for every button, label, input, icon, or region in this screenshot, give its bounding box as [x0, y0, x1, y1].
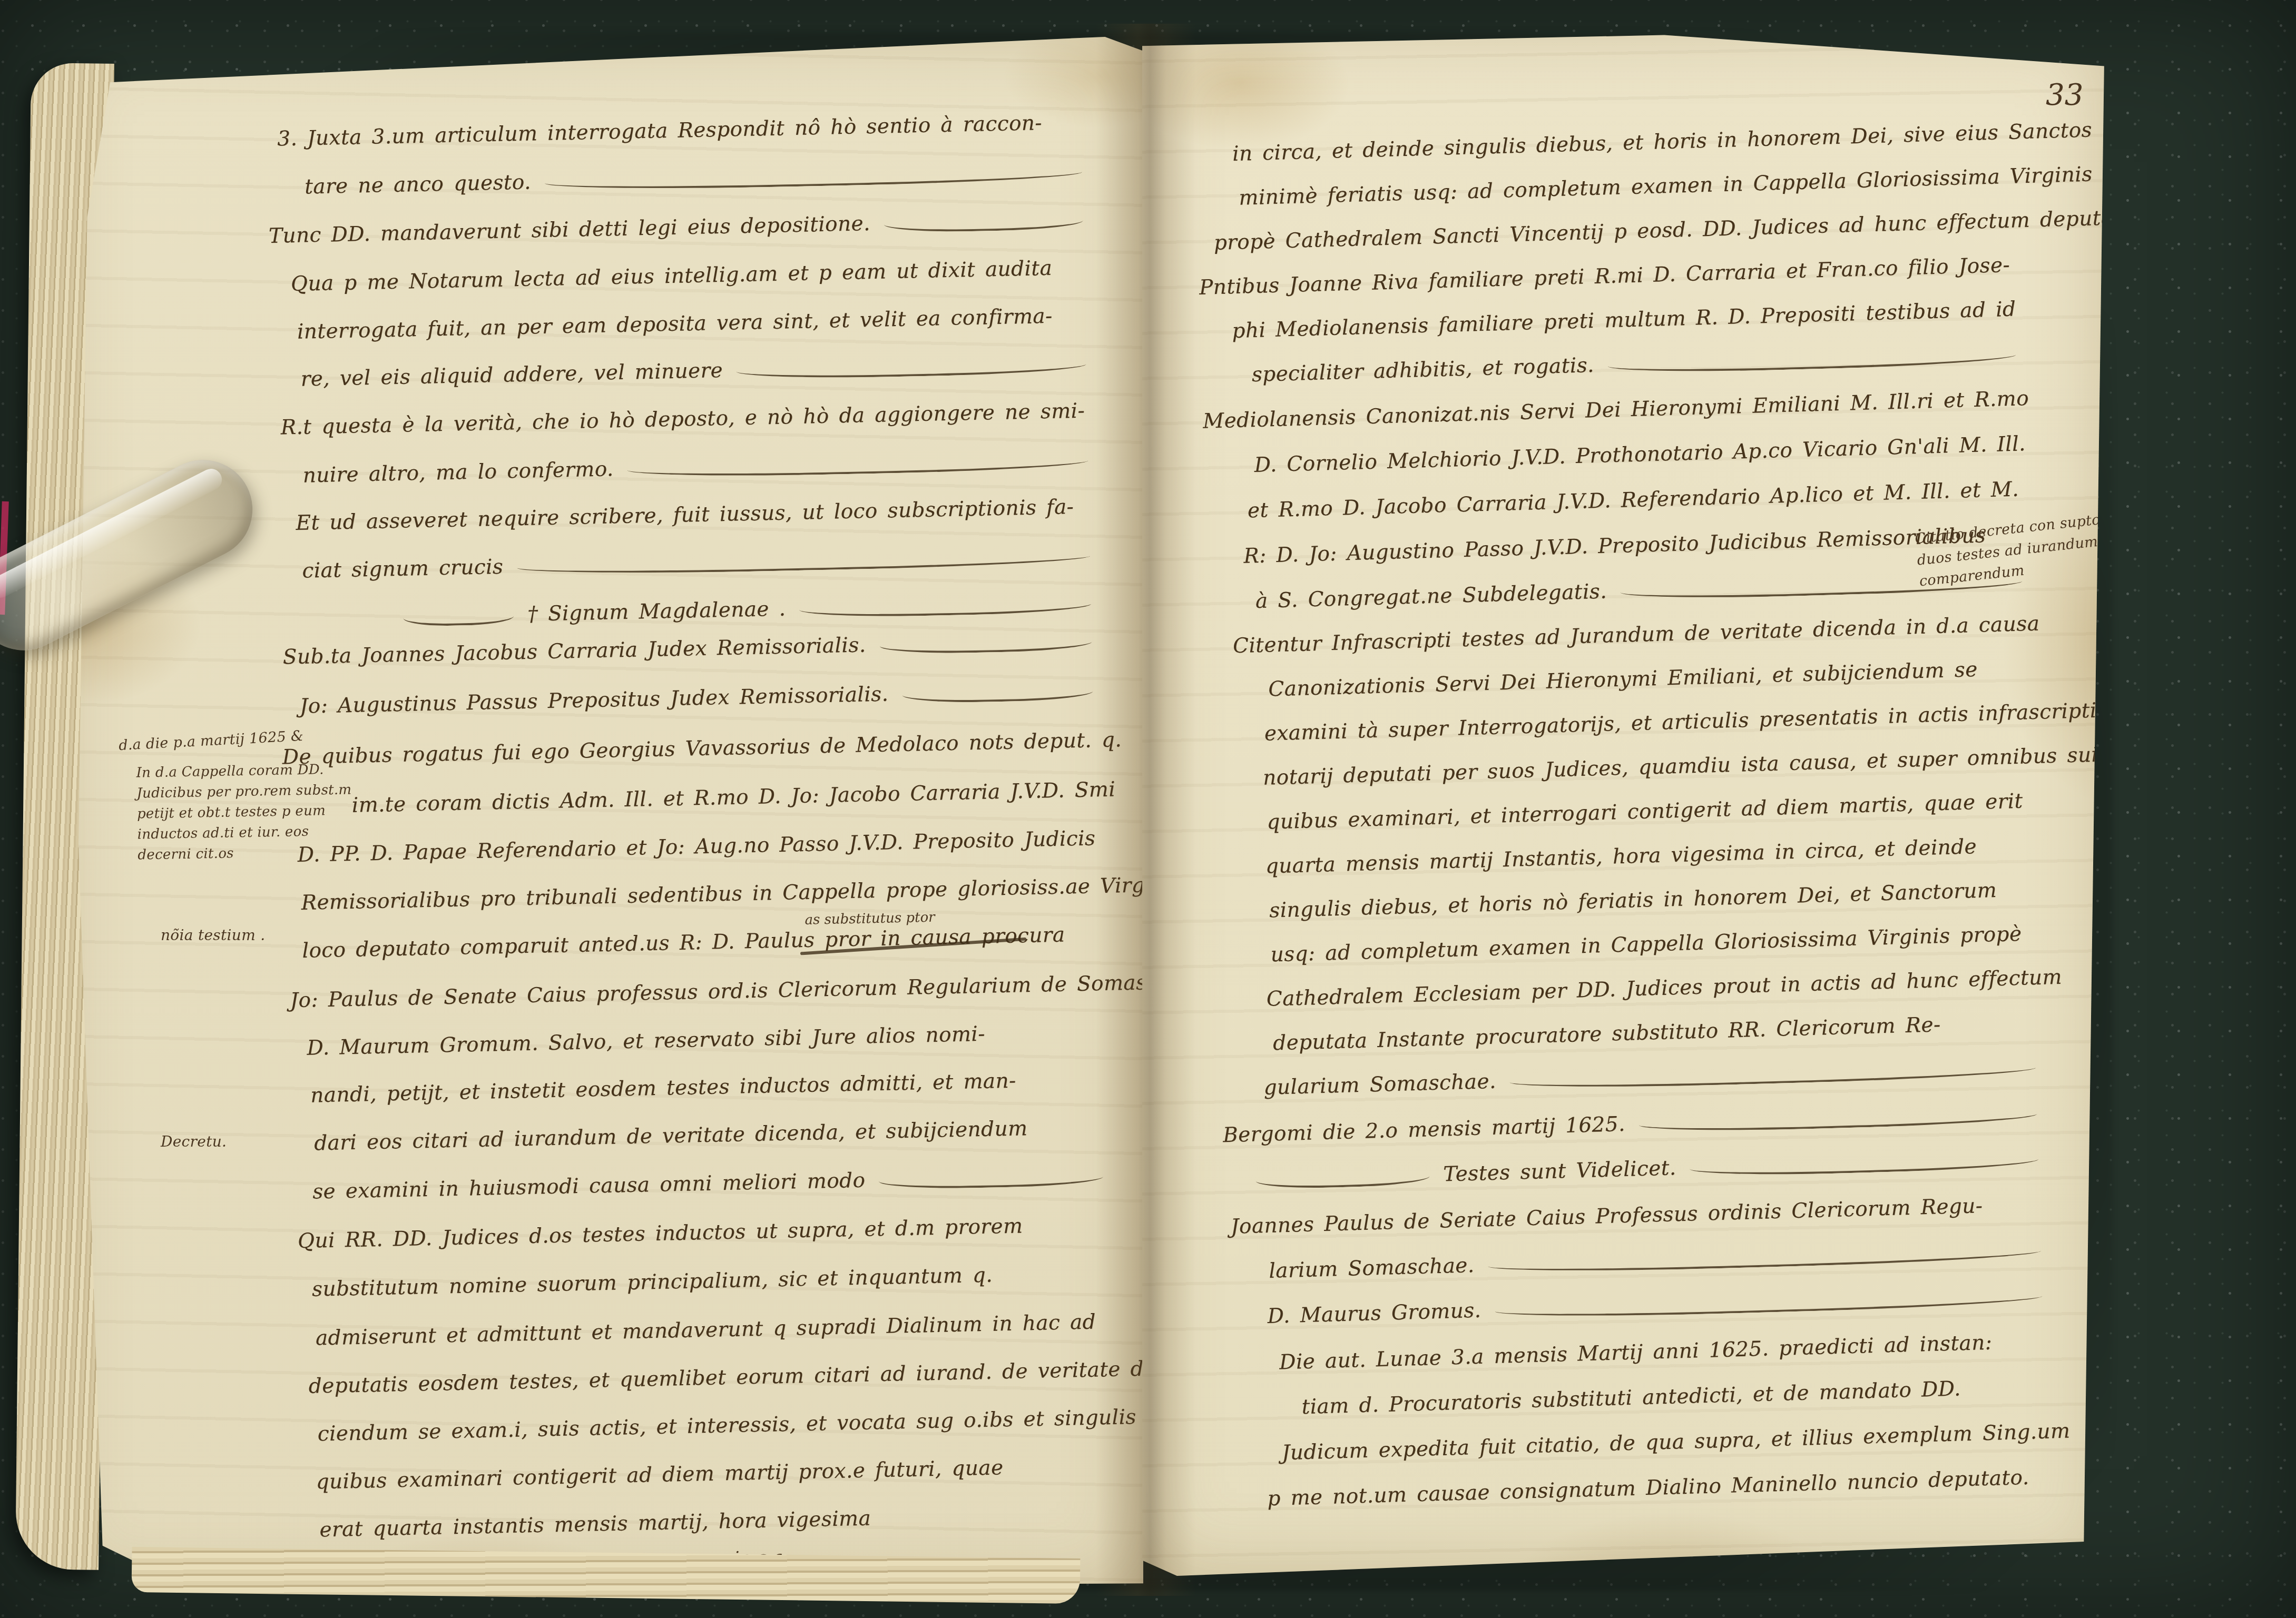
ink-flourish — [1608, 352, 2016, 375]
manuscript-line: dari eos citari ad iurandum de veritate … — [314, 1117, 1110, 1162]
manuscript-line-text: De quibus rogatus fui ego Georgius Vavas… — [282, 729, 1122, 767]
manuscript-line-text: Et ud asseveret nequire scribere, fuit i… — [296, 497, 1074, 534]
left-page-text: 3. Juxta 3.um articulum interrogata Resp… — [266, 91, 1088, 108]
manuscript-line-text: gularium Somaschae. — [1263, 1071, 1496, 1098]
manuscript-line: Judicum expedita fuit citatio, de qua su… — [1281, 1421, 2054, 1471]
margin-note-decretum: Decretu. — [161, 1131, 227, 1153]
manuscript-line-text: D. Maurum Gromum. Salvo, et reservato si… — [307, 1024, 985, 1059]
manuscript-line: erat quarta instantis mensis martij, hor… — [319, 1503, 1118, 1548]
margin-note-cappella: In d.a Cappella coram DD. Judicibus per … — [136, 759, 352, 865]
manuscript-line-text: Citentur Infrascripti testes ad Jurandum… — [1233, 614, 2040, 657]
manuscript-line: admiserunt et admittunt et mandaverunt q… — [316, 1311, 1114, 1357]
manuscript-line-text: quibus examinari, et interrogari contige… — [1267, 791, 2023, 833]
manuscript-line-text: examini tà super Interrogatorijs, et art… — [1264, 701, 2097, 744]
manuscript-line: deputata Instante procuratore substituto… — [1273, 1012, 2043, 1062]
manuscript-line: ciat signum crucis — [302, 544, 1098, 589]
ink-flourish — [884, 218, 1083, 233]
manuscript-line: Canonizationis Servi Dei Hieronymi Emili… — [1268, 658, 2033, 707]
manuscript-line: phi Mediolanensis familiare preti multum… — [1232, 299, 2023, 349]
manuscript-line-text: Qui RR. DD. Judices d.os testes inductos… — [298, 1216, 1023, 1251]
manuscript-line: gularium Somaschae. — [1263, 1056, 2044, 1106]
right-page-text: in circa, et deinde singulis diebus, et … — [1195, 111, 2016, 134]
ink-flourish — [879, 638, 1092, 654]
manuscript-line: nuire altro, ma lo confermo. — [302, 449, 1096, 494]
manuscript-line: quibus examinari contigerit ad diem mart… — [316, 1455, 1117, 1501]
manuscript-line-text: R: D. Jo: Augustino Passo J.V.D. Preposi… — [1243, 525, 1986, 566]
manuscript-line: Bergomi die 2.o mensis martij 1625. — [1223, 1102, 2045, 1154]
margin-note-date: d.a die p.a martij 1625 & — [118, 726, 304, 757]
manuscript-line: specialiter adhibitis, et rogatis. — [1251, 343, 2024, 393]
manuscript-line: Qui RR. DD. Judices d.os testes inductos… — [298, 1214, 1112, 1259]
manuscript-line: Pntibus Joanne Riva familiare preti R.mi… — [1199, 254, 2022, 306]
manuscript-line-text: in circa, et deinde singulis diebus, et … — [1232, 120, 2093, 164]
manuscript-line: tare ne anco questo. — [305, 160, 1090, 205]
manuscript-line-text: Sub.ta Joannes Jacobus Carraria Judex Re… — [282, 635, 866, 667]
manuscript-line: ciendum se exam.i, suis actis, et intere… — [317, 1407, 1116, 1453]
manuscript-line-text: à S. Congregat.ne Subdelegatis. — [1255, 581, 1607, 612]
manuscript-line: quibus examinari, et interrogari contige… — [1267, 791, 2036, 841]
ink-flourish — [1488, 1248, 2041, 1275]
manuscript-line-text: deputata Instante procuratore substituto… — [1273, 1014, 1941, 1053]
manuscript-line-text: p me not.um causae consignatum Dialino M… — [1267, 1467, 2029, 1509]
manuscript-line-text: nandi, petijt, et instetit eosdem testes… — [310, 1071, 1016, 1106]
manuscript-line-text: minimè feriatis usq: ad completum examen… — [1239, 164, 2093, 208]
manuscript-line-text: notarij deputati per suos Judices, quamd… — [1263, 744, 2109, 788]
manuscript-line: Jo: Augustinus Passus Prepositus Judex R… — [299, 679, 1101, 725]
manuscript-line-text: D. Maurus Gromus. — [1267, 1300, 1481, 1327]
manuscript-line-signum: † Signum Magdalenae . — [403, 592, 1099, 635]
manuscript-line: D. Cornelio Melchiorio J.V.D. Prothonota… — [1254, 433, 2026, 484]
manuscript-line-text: Jo: Augustinus Passus Prepositus Judex R… — [299, 684, 888, 717]
manuscript-line: Et ud asseveret nequire scribere, fuit i… — [296, 496, 1097, 541]
manuscript-line: D. PP. D. Papae Referendario et Jo: Aug.… — [297, 828, 1104, 873]
manuscript-line: in circa, et deinde singulis diebus, et … — [1232, 122, 2018, 172]
manuscript-line: Tunc DD. mandaverunt sibi detti legi eiu… — [269, 209, 1091, 254]
manuscript-line: nandi, petijt, et instetit eosdem testes… — [310, 1069, 1109, 1114]
manuscript-line: propè Cathedralem Sancti Vincentij p eos… — [1213, 210, 2020, 261]
manuscript-line-text: et R.mo D. Jacobo Carraria J.V.D. Refere… — [1247, 479, 2019, 521]
manuscript-line: à S. Congregat.ne Subdelegatis. — [1255, 569, 2030, 619]
manuscript-line: Citentur Infrascripti testes ad Jurandum… — [1233, 614, 2032, 664]
manuscript-line: R: D. Jo: Augustino Passo J.V.D. Preposi… — [1243, 524, 2029, 575]
page-number: 33 — [2046, 78, 2083, 112]
manuscript-line-text: propè Cathedralem Sancti Vincentij p eos… — [1213, 207, 2134, 253]
manuscript-line-text: ciendum se exam.i, suis actis, et intere… — [317, 1406, 1188, 1445]
manuscript-line: substitutum nomine suorum principalium, … — [312, 1262, 1113, 1308]
manuscript-line-text: Remissorialibus pro tribunali sedentibus… — [301, 874, 1183, 913]
ink-flourish — [799, 600, 1091, 618]
manuscript-line-text: 3. Juxta 3.um articulum interrogata Resp… — [277, 113, 1042, 149]
ink-flourish — [545, 169, 1082, 192]
manuscript-line-text: D. Cornelio Melchiorio J.V.D. Prothonota… — [1254, 433, 2026, 476]
manuscript-line-text: tare ne anco questo. — [305, 172, 532, 198]
manuscript-line-text: Joannes Paulus de Seriate Caius Professu… — [1230, 1196, 1983, 1237]
manuscript-line: quarta mensis martij Instantis, hora vig… — [1265, 835, 2037, 885]
manuscript-line-text: Jo: Paulus de Senate Caius professus ord… — [290, 972, 1184, 1011]
manuscript-line: usq: ad completum examen in Cappella Glo… — [1270, 923, 2040, 973]
manuscript-line: Remissorialibus pro tribunali sedentibus… — [301, 876, 1105, 921]
manuscript-line-text: nuire altro, ma lo confermo. — [302, 459, 614, 486]
manuscript-line: D. Maurum Gromum. Salvo, et reservato si… — [307, 1021, 1108, 1067]
manuscript-line-text: specialiter adhibitis, et rogatis. — [1251, 355, 1594, 385]
ink-flourish — [1639, 1111, 2037, 1133]
manuscript-line-text: † Signum Magdalenae . — [527, 599, 786, 625]
manuscript-line: D. Maurus Gromus. — [1267, 1285, 2050, 1335]
manuscript-line: et R.mo D. Jacobo Carraria J.V.D. Refere… — [1247, 479, 2027, 529]
manuscript-line-text: Cathedralem Ecclesiam per DD. Judices pr… — [1266, 967, 2062, 1010]
manuscript-line: De quibus rogatus fui ego Georgius Vavas… — [282, 730, 1102, 776]
manuscript-line-text: Testes sunt Videlicet. — [1443, 1158, 1676, 1185]
manuscript-line: Cathedralem Ecclesiam per DD. Judices pr… — [1266, 968, 2041, 1018]
manuscript-line-text: quibus examinari contigerit ad diem mart… — [316, 1457, 1004, 1492]
manuscript-line: notarij deputati per suos Judices, quamd… — [1263, 746, 2035, 796]
manuscript-line-text: se examini in huiusmodi causa omni melio… — [312, 1170, 866, 1202]
manuscript-photo: 3. Juxta 3.um articulum interrogata Resp… — [0, 0, 2296, 1618]
manuscript-line: Jo: Paulus de Senate Caius professus ord… — [290, 973, 1107, 1019]
ink-flourish — [627, 457, 1088, 478]
manuscript-line-text: Tunc DD. mandaverunt sibi detti legi eiu… — [269, 213, 870, 246]
manuscript-line-text: im.te coram dictis Adm. Ill. et R.mo D. … — [351, 780, 1115, 816]
interlinear-insertion: as substitutus ptor — [804, 910, 935, 928]
manuscript-line-text: re, vel eis aliquid addere, vel minuere — [300, 360, 723, 390]
manuscript-line: interrogata fuit, an per eam deposita ve… — [297, 305, 1093, 350]
manuscript-line-text: admiserunt et admittunt et mandaverunt q… — [316, 1312, 1096, 1349]
manuscript-line-text: singulis diebus, et horis nò feriatis in… — [1269, 880, 1997, 921]
ink-flourish — [1509, 1064, 2036, 1091]
manuscript-line-text: substitutum nomine suorum principalium, … — [312, 1265, 993, 1300]
manuscript-line-text: Mediolanensis Canonizat.nis Servi Dei Hi… — [1203, 388, 2029, 432]
manuscript-line-text: phi Mediolanensis familiare preti multum… — [1232, 299, 2016, 342]
manuscript-line: Mediolanensis Canonizat.nis Servi Dei Hi… — [1203, 388, 2025, 440]
ink-flourish — [1495, 1293, 2042, 1320]
manuscript-line-text: Judicum expedita fuit citatio, de qua su… — [1281, 1421, 2070, 1464]
manuscript-line: singulis diebus, et horis nò feriatis in… — [1269, 879, 2039, 929]
manuscript-line: tiam d. Procuratoris substituti antedict… — [1301, 1376, 2053, 1426]
manuscript-line: Die aut. Lunae 3.a mensis Martij anni 16… — [1279, 1331, 2052, 1381]
manuscript-line: Sub.ta Joannes Jacobus Carraria Judex Re… — [282, 630, 1100, 675]
manuscript-line: loco deputato comparuit anted.us R: D. P… — [302, 924, 1106, 969]
manuscript-line-testes: Testes sunt Videlicet. — [1255, 1148, 2046, 1198]
manuscript-line-text: quarta mensis martij Instantis, hora vig… — [1265, 836, 1977, 877]
margin-note-testium: nõia testium . — [161, 924, 265, 946]
ink-flourish — [879, 1173, 1103, 1190]
manuscript-line-text: ciat signum crucis — [302, 557, 504, 581]
ink-flourish — [517, 553, 1090, 576]
manuscript-line-text: usq: ad completum examen in Cappella Glo… — [1270, 924, 2022, 965]
manuscript-line: p me not.um causae consignatum Dialino M… — [1267, 1466, 2055, 1517]
ink-flourish — [1690, 1156, 2038, 1177]
manuscript-line: 3. Juxta 3.um articulum interrogata Resp… — [277, 112, 1089, 157]
manuscript-line: deputatis eosdem testes, et quemlibet eo… — [308, 1359, 1115, 1405]
manuscript-line-text: Bergomi die 2.o mensis martij 1625. — [1223, 1114, 1626, 1146]
margin-note-line: decerni cit.os — [138, 841, 353, 865]
manuscript-line-text: dari eos citari ad iurandum de veritate … — [314, 1118, 1028, 1153]
manuscript-line: se examini in huiusmodi causa omni melio… — [312, 1165, 1111, 1210]
manuscript-line: Qua p me Notarum lecta ad eius intellig.… — [291, 257, 1092, 302]
ink-flourish — [403, 613, 514, 626]
manuscript-line: examini tà super Interrogatorijs, et art… — [1264, 702, 2034, 752]
manuscript-line: im.te coram dictis Adm. Ill. et R.mo D. … — [351, 780, 1103, 824]
ink-flourish — [1255, 1173, 1429, 1189]
manuscript-line-text: Pntibus Joanne Riva familiare preti R.mi… — [1199, 255, 2010, 298]
manuscript-line: re, vel eis aliquid addere, vel minuere — [300, 352, 1094, 398]
manuscript-line: Joannes Paulus de Seriate Caius Professu… — [1230, 1194, 2047, 1245]
manuscript-line-text: tiam d. Procuratoris substituti antedict… — [1301, 1378, 1961, 1417]
manuscript-line-text: interrogata fuit, an per eam deposita ve… — [297, 306, 1053, 342]
manuscript-line-text: R.t questa è la verità, che io hò depost… — [280, 401, 1085, 438]
manuscript-line: larium Somaschae. — [1269, 1239, 2049, 1289]
right-page: 33 in circa, et deinde singulis diebus, … — [1142, 21, 2109, 1576]
manuscript-line-text: Qua p me Notarum lecta ad eius intellig.… — [291, 258, 1053, 294]
manuscript-line-text: Canonizationis Servi Dei Hieronymi Emili… — [1268, 659, 1978, 700]
manuscript-line: R.t questa è la verità, che io hò depost… — [280, 400, 1095, 446]
manuscript-line-text: erat quarta instantis mensis martij, hor… — [319, 1508, 871, 1541]
manuscript-line-text: Die aut. Lunae 3.a mensis Martij anni 16… — [1279, 1333, 1993, 1373]
left-page: 3. Juxta 3.um articulum interrogata Resp… — [50, 29, 1143, 1596]
margin-note-line: petijt et obt.t testes p eum — [137, 800, 352, 824]
manuscript-line-text: larium Somaschae. — [1269, 1255, 1475, 1281]
manuscript-line: minimè feriatis usq: ad completum examen… — [1239, 166, 2019, 216]
ink-flourish — [902, 688, 1093, 704]
manuscript-line-text: D. PP. D. Papae Referendario et Jo: Aug.… — [297, 828, 1095, 865]
ink-flourish — [737, 361, 1086, 380]
margin-note-citatio: Citatio decreta con suptos duos testes a… — [1914, 509, 2109, 593]
